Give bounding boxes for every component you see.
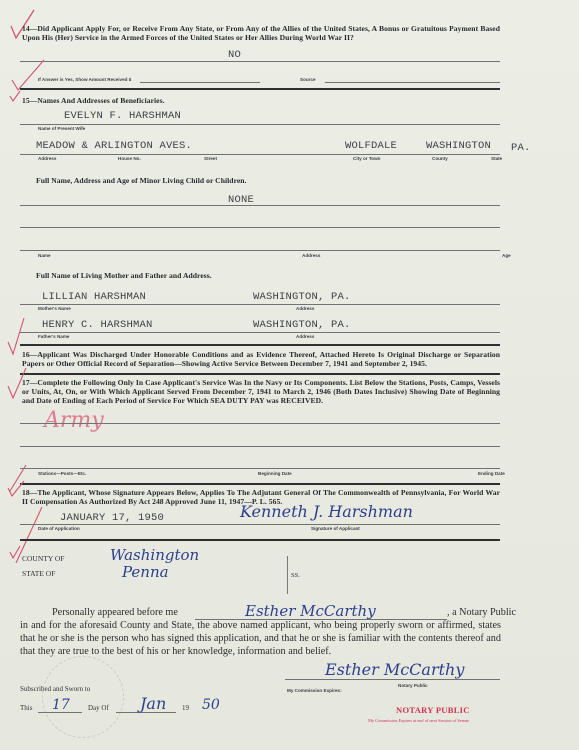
bracket — [287, 556, 288, 594]
signature-of-applicant-label: Signature of Applicant — [311, 526, 360, 531]
question-17-text: 17—Complete the Following Only In Case A… — [22, 378, 500, 405]
commission-expires-label: My Commission Expires: — [287, 688, 342, 693]
service-line-1 — [20, 423, 500, 424]
amount-line[interactable] — [140, 82, 260, 83]
section-divider — [20, 373, 500, 375]
father-address-value: WASHINGTON, PA. — [253, 319, 351, 331]
wife-name-label: Name of Present Wife — [38, 126, 85, 131]
subscribed-sworn-label: Subscribed and Sworn to — [20, 685, 90, 693]
child-age-label: Age — [502, 253, 511, 258]
county-value: Washington — [110, 546, 199, 564]
county-label: County — [432, 156, 448, 161]
day-of-label: Day Of — [88, 704, 109, 712]
section-divider — [20, 483, 500, 485]
question-15-heading: 15—Names And Addresses of Beneficiaries. — [22, 96, 165, 105]
mother-address-label: Address — [296, 306, 314, 311]
application-date-value: JANUARY 17, 1950 — [60, 512, 164, 524]
notary-stamp-subtitle: My Commission Expires at end of next Ses… — [368, 718, 469, 723]
section-divider — [20, 344, 500, 346]
red-check-mark-icon — [8, 90, 22, 102]
child-name-label: Name — [38, 253, 51, 258]
notary-stamp-title: NOTARY PUBLIC — [396, 705, 470, 715]
day-value: 17 — [52, 697, 70, 713]
ss-label: SS. — [291, 572, 300, 579]
address-state-value: PA. — [511, 142, 531, 154]
house-no-label: House No. — [118, 156, 141, 161]
amount-received-label: If Answer is Yes, Show Amount Received $ — [38, 77, 131, 82]
answer-line — [20, 61, 500, 62]
state-value: Penna — [122, 563, 169, 581]
father-line — [20, 332, 500, 333]
father-name-label: Father's Name — [38, 334, 69, 339]
child-address-label: Address — [302, 253, 320, 258]
address-line — [20, 154, 500, 155]
children-line-2 — [20, 227, 500, 228]
parents-heading: Full Name of Living Mother and Father an… — [36, 271, 212, 280]
address-city-value: WOLFDALE — [345, 140, 397, 152]
notary-signature-line — [285, 679, 500, 680]
year-prefix: 19 — [182, 704, 189, 712]
question-16-text: 16—Applicant Was Discharged Under Honora… — [22, 350, 500, 368]
address-label: Address — [38, 156, 56, 161]
beginning-date-label: Beginning Date — [258, 471, 292, 476]
ending-date-label: Ending Date — [478, 471, 505, 476]
notary-body-2: in and for the aforesaid County and Stat… — [20, 619, 501, 659]
month-value: Jan — [140, 694, 166, 713]
county-of-label: COUNTY OF — [22, 554, 64, 563]
date-of-application-label: Date of Application — [38, 526, 80, 531]
date-signature-line — [20, 524, 500, 525]
section-divider — [20, 88, 500, 90]
handwritten-army: Army — [44, 408, 104, 433]
notary-body-1: , a Notary Public — [447, 606, 516, 619]
source-line[interactable] — [325, 82, 500, 83]
this-label: This — [20, 704, 32, 712]
question-14-answer: NO — [228, 49, 241, 61]
notary-intro: Personally appeared before me — [52, 606, 178, 619]
source-label: Source — [300, 77, 316, 82]
father-name-value: HENRY C. HARSHMAN — [42, 319, 153, 331]
stations-label: Stations—Posts—Etc. — [38, 471, 86, 476]
mother-name-label: Mother's Name — [38, 306, 71, 311]
mother-line — [20, 304, 500, 305]
red-check-mark-icon — [8, 58, 48, 92]
wife-name-line — [20, 124, 500, 125]
notary-public-label: Notary Public — [398, 683, 428, 688]
address-street-value: MEADOW & ARLINGTON AVES. — [36, 140, 192, 152]
service-line-3 — [20, 468, 500, 469]
address-county-value: WASHINGTON — [426, 140, 491, 152]
question-14-text: 14—Did Applicant Apply For, or Receive F… — [22, 24, 500, 42]
state-of-label: STATE OF — [22, 569, 55, 578]
father-address-label: Address — [296, 334, 314, 339]
children-line-3 — [20, 250, 500, 251]
children-line-1 — [20, 205, 500, 206]
mother-address-value: WASHINGTON, PA. — [253, 291, 351, 303]
state-label: State — [491, 156, 502, 161]
mother-name-value: LILLIAN HARSHMAN — [42, 291, 146, 303]
notary-name-handwritten: Esther McCarthy — [245, 602, 376, 620]
notary-signature: Esther McCarthy — [325, 660, 464, 679]
service-line-2 — [20, 446, 500, 447]
city-label: City or Town — [353, 156, 380, 161]
year-value: 50 — [202, 697, 220, 713]
red-check-mark-icon — [8, 545, 22, 559]
wife-name-value: EVELYN F. HARSHMAN — [64, 110, 181, 122]
application-form-page: 14—Did Applicant Apply For, or Receive F… — [0, 0, 579, 750]
applicant-signature: Kenneth J. Harshman — [240, 502, 413, 521]
section-divider — [20, 539, 500, 541]
children-heading: Full Name, Address and Age of Minor Livi… — [36, 176, 247, 185]
street-label: Street — [204, 156, 217, 161]
